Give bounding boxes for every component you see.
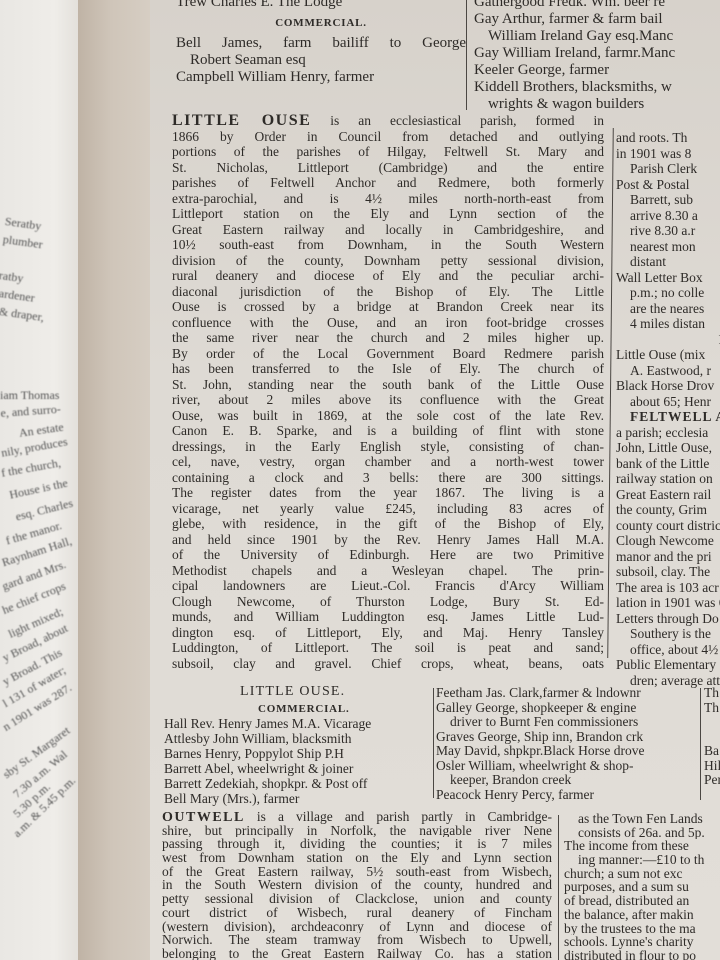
top-left-column: Trew Charles E. The Lodge COMMERCIAL. Be… (176, 0, 466, 86)
book-gutter (78, 0, 160, 960)
directory-right-column: Feetham Jas. Clark,farmer & lndownr Gall… (436, 686, 700, 802)
top-right-column: Gathergood Fredk. Wm. beer re Gay Arthur… (474, 0, 720, 113)
outwell-continued-column: as the Town Fen Lands consists of 26a. a… (564, 812, 720, 960)
commercial-heading: COMMERCIAL. (176, 11, 466, 35)
directory-entry: Feetham Jas. Clark,farmer & lndownr (436, 686, 700, 701)
commercial-entry: Bell James, farm bailiff to George (176, 35, 466, 52)
private-resident-entry: Trew Charles E. The Lodge (176, 0, 466, 11)
left-page-fragment: plumber (2, 232, 44, 252)
directory-edge-column: Th Th Ba Hil Pen (704, 686, 720, 788)
column-rule (433, 688, 434, 798)
directory-entry: Galley George, shopkeeper & engine (436, 701, 700, 716)
outwell-title: OUTWELL (162, 810, 245, 824)
commercial-entry: Gay Arthur, farmer & farm bail (474, 11, 720, 28)
directory-left-column: Hall Rev. Henry James M.A. Vicarage Attl… (164, 716, 430, 806)
directory-entry: Barrett Abel, wheelwright & joiner (164, 761, 430, 776)
left-page-fragment: e, and surro- (0, 402, 61, 421)
little-ouse-title: LITTLE OUSE (172, 113, 311, 129)
little-ouse-description: LITTLE OUSE is an ecclesiastical parish,… (172, 113, 604, 671)
directory-entry: Barrett Zedekiah, shopkpr. & Post off (164, 776, 430, 791)
directory-entry: May David, shpkpr.Black Horse drove (436, 744, 700, 759)
directory-entry: Peacock Henry Percy, farmer (436, 788, 700, 803)
left-page-fragment: ratby (0, 268, 24, 286)
left-facing-page: Seratby plumber ratby ardener & draper, … (0, 0, 78, 960)
left-page-fragment: ardener (0, 286, 36, 306)
directory-entry: Osler William, wheelwright & shop- (436, 759, 700, 774)
outwell-description: OUTWELL is a village and parish partly i… (162, 810, 552, 960)
column-rule (558, 815, 559, 960)
left-page-fragment: & draper, (0, 304, 45, 325)
commercial-entry: William Ireland Gay esq.Manc (474, 28, 720, 45)
directory-title: LITTLE OUSE. (240, 683, 345, 700)
commercial-entry: Gathergood Fredk. Wm. beer re (474, 0, 720, 11)
directory-page: Trew Charles E. The Lodge COMMERCIAL. Be… (150, 0, 720, 960)
little-ouse-continued-column: and roots. Th in 1901 was 8 Parish Clerk… (616, 130, 720, 688)
left-page-fragment: Seratby (4, 214, 42, 234)
directory-entry: Hall Rev. Henry James M.A. Vicarage (164, 716, 430, 731)
commercial-entry: wrights & wagon builders (474, 96, 720, 113)
feltwell-anchor-title: FELTWELL AN (616, 409, 720, 425)
column-rule (607, 128, 614, 658)
directory-entry: Bell Mary (Mrs.), farmer (164, 791, 430, 806)
commercial-entry: Gay William Ireland, farmr.Manc (474, 45, 720, 62)
column-rule (466, 0, 467, 110)
commercial-entry: Kiddell Brothers, blacksmiths, w (474, 79, 720, 96)
commercial-entry: Campbell William Henry, farmer (176, 69, 466, 86)
commercial-entry: Keeler George, farmer (474, 62, 720, 79)
directory-entry: Graves George, Ship inn, Brandon crk (436, 730, 700, 745)
directory-entry: Attlesby John William, blacksmith (164, 731, 430, 746)
commercial-entry: Robert Seaman esq (176, 52, 466, 69)
directory-entry: driver to Burnt Fen commissioners (436, 715, 700, 730)
directory-entry: keeper, Brandon creek (436, 773, 700, 788)
directory-entry: Barnes Henry, Poppylot Ship P.H (164, 746, 430, 761)
column-rule (700, 688, 701, 800)
left-page-fragment: iam Thomas (0, 388, 59, 403)
